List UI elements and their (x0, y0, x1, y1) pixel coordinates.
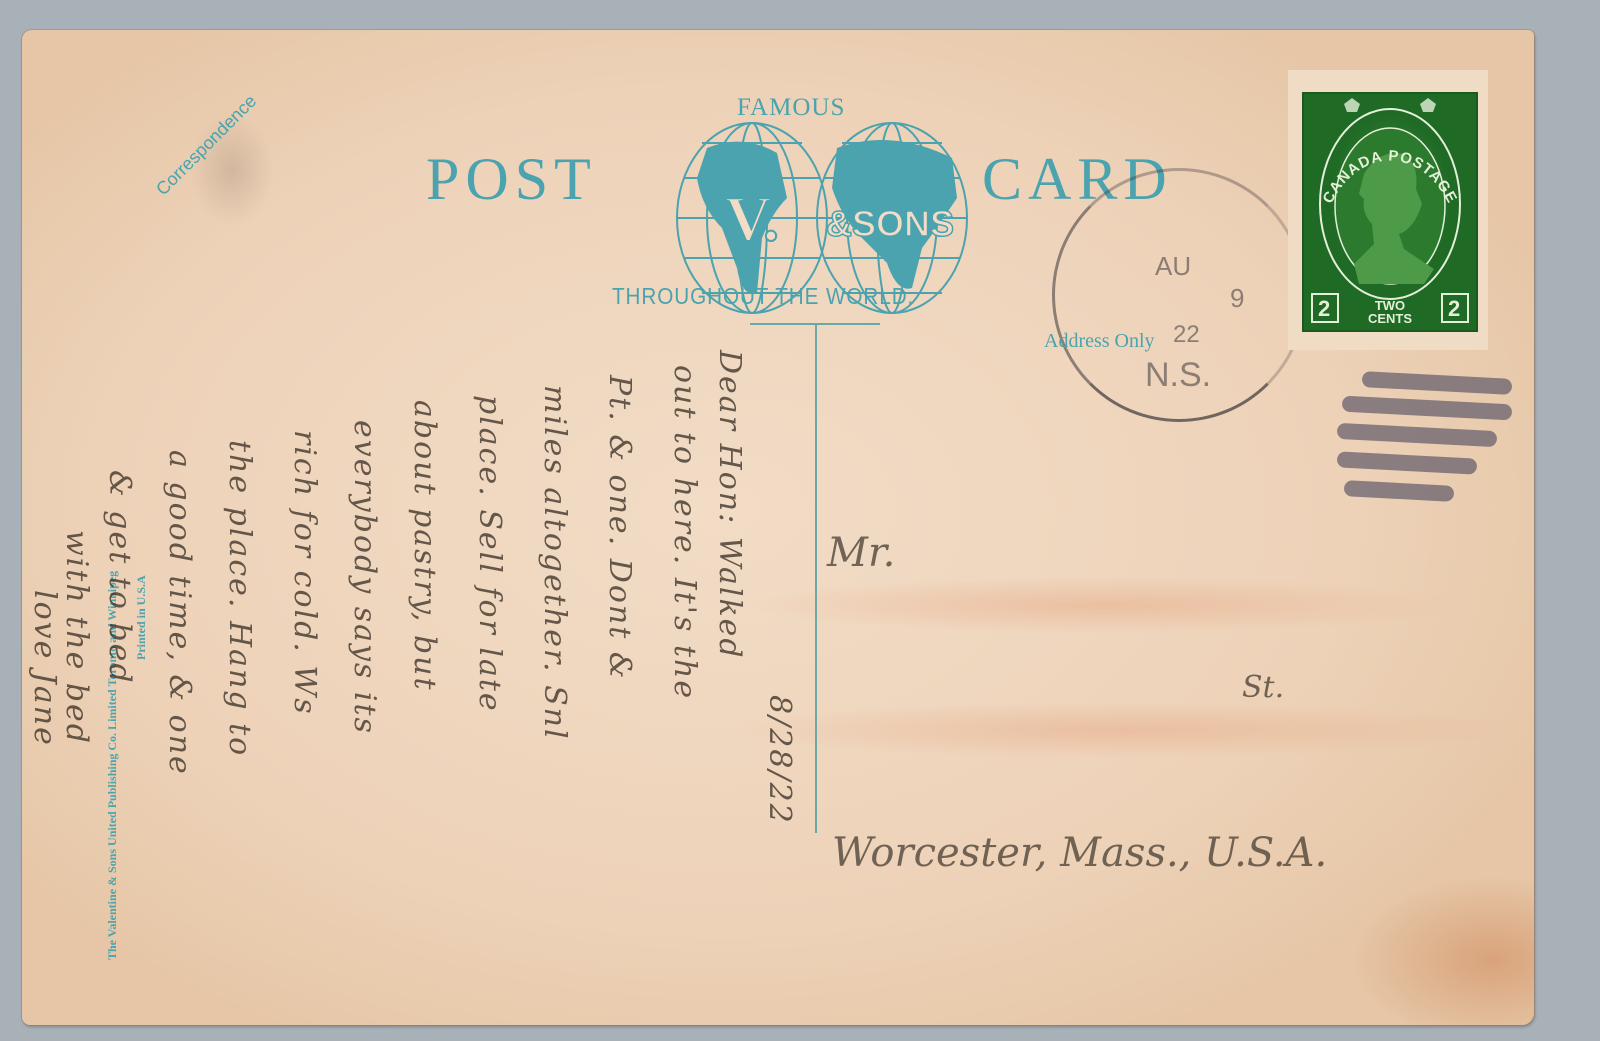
divider-vertical (815, 323, 817, 833)
message-line: miles altogether. Snl (537, 385, 572, 741)
stamp-value-right: 2 (1448, 296, 1460, 322)
address-line-3: Worcester, Mass., U.S.A. (832, 830, 1327, 876)
postmark-year: 22 (1173, 321, 1200, 349)
logo-sons-text: &SONS (826, 203, 954, 244)
message-line: out to here. It's the (667, 365, 702, 700)
message-line: rich for cold. Ws (287, 430, 322, 716)
message-line: with the bed (59, 530, 94, 745)
message-line: everybody says its (347, 420, 382, 735)
message-line: Pt. & one. Dont & (602, 375, 637, 681)
address-line-1: Mr. (827, 530, 895, 576)
killer-bars-cancel (1332, 375, 1532, 505)
postcard-back: Correspondence The Valentine & Sons Unit… (22, 30, 1534, 1025)
message-line: the place. Hang to (222, 440, 257, 757)
logo-v-text: V. (725, 183, 779, 254)
address-line-2: St. (1242, 670, 1284, 705)
message-line: place. Sell for late (472, 395, 507, 713)
postmark-day: 9 (1230, 283, 1244, 314)
postmark-circle: AU 9 22 N.S. (1052, 168, 1306, 422)
message-date: 8/28/22 (762, 695, 797, 825)
address-only-label: Address Only (1044, 330, 1155, 353)
postage-stamp: CANADA POSTAGE 2 2 TWO CENTS (1288, 70, 1488, 350)
message-line: love Jane (27, 590, 62, 747)
message-line: Dear Hon: Walked (712, 350, 747, 660)
post-heading: POST (426, 145, 597, 214)
message-line: about pastry, but (407, 400, 442, 692)
message-line: & get to bed (102, 470, 137, 685)
message-line: a good time, & one (162, 450, 197, 776)
stamp-denomination: TWO CENTS (1352, 299, 1428, 325)
tagline: THROUGHOUT THE WORLD. (612, 283, 914, 310)
correspondence-label: Correspondence (152, 91, 261, 200)
postmark-month: AU (1155, 251, 1191, 282)
stamp-value-left: 2 (1318, 296, 1330, 322)
postmark-province: N.S. (1145, 356, 1211, 395)
